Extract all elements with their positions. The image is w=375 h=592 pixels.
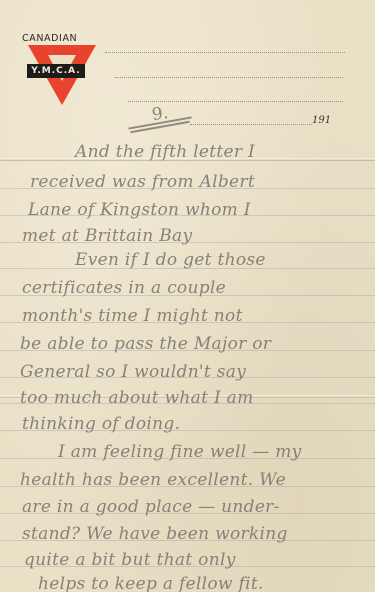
handwritten-line: Lane of Kingston whom I: [0, 200, 375, 220]
handwritten-line: certificates in a couple: [0, 278, 375, 298]
handwritten-line: And the fifth letter I: [0, 142, 375, 162]
address-line: [105, 52, 345, 53]
handwritten-line: received was from Albert: [0, 172, 375, 192]
ymca-logo-band: Y.M.C.A.: [27, 64, 85, 78]
handwritten-line: are in a good place — under-: [0, 497, 375, 517]
letter-page: CANADIAN Y.M.C.A. 191 9. And the fifth l…: [0, 0, 375, 592]
handwritten-line: too much about what I am: [0, 388, 375, 408]
handwritten-line: be able to pass the Major or: [0, 334, 375, 354]
handwritten-line: I am feeling fine well — my: [0, 442, 375, 462]
handwritten-line: Even if I do get those: [0, 250, 375, 270]
address-line: [115, 77, 343, 78]
handwritten-line: month's time I might not: [0, 306, 375, 326]
handwritten-line: health has been excellent. We: [0, 470, 375, 490]
address-line: [128, 101, 343, 102]
letterhead-organization: CANADIAN: [22, 33, 77, 44]
handwritten-line: thinking of doing.: [0, 414, 375, 434]
handwritten-line: helps to keep a fellow fit.: [0, 574, 375, 592]
date-year-prefix: 191: [312, 115, 331, 126]
handwritten-line: met at Brittain Bay: [0, 226, 375, 246]
handwritten-line: General so I wouldn't say: [0, 362, 375, 382]
handwritten-line: quite a bit but that only: [0, 550, 375, 570]
date-line: [190, 124, 312, 125]
handwritten-line: stand? We have been working: [0, 524, 375, 544]
